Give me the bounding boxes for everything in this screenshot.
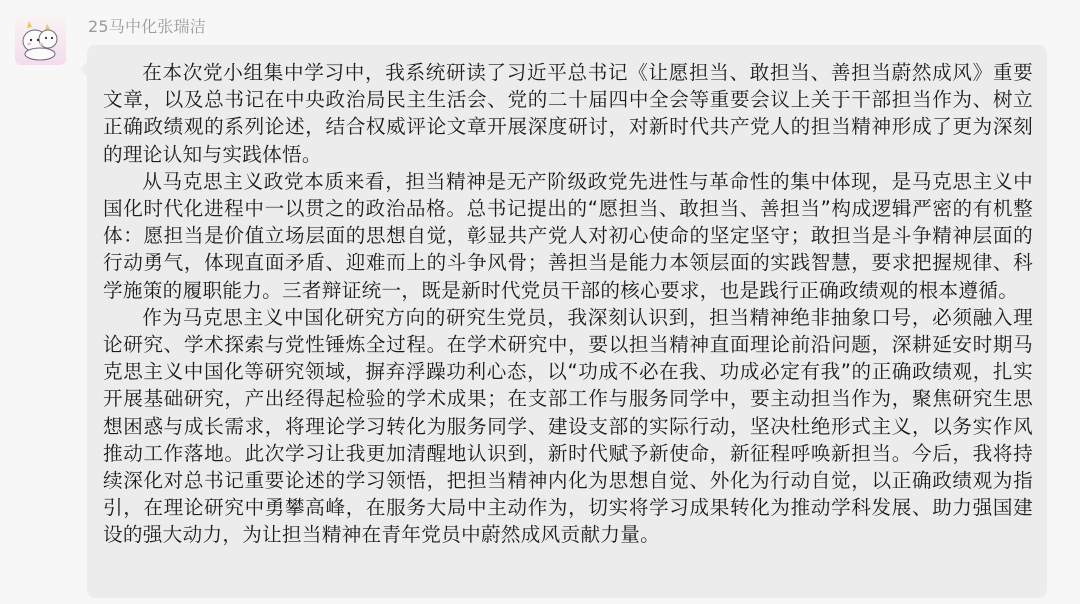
message-bubble[interactable]: 在本次党小组集中学习中，我系统研读了习近平总书记《让愿担当、敢担当、善担当蔚然成… [87,45,1047,598]
sender-name: 25马中化张瑞洁 [88,14,206,37]
unicorn-avatar-icon [15,14,66,65]
message-paragraph: 在本次党小组集中学习中，我系统研读了习近平总书记《让愿担当、敢担当、善担当蔚然成… [103,59,1033,168]
sender-avatar[interactable] [15,14,66,65]
message-paragraph: 作为马克思主义中国化研究方向的研究生党员，我深刻认识到，担当精神绝非抽象口号，必… [103,304,1033,549]
message-paragraph: 从马克思主义政党本质来看，担当精神是无产阶级政党先进性与革命性的集中体现，是马克… [103,168,1033,304]
